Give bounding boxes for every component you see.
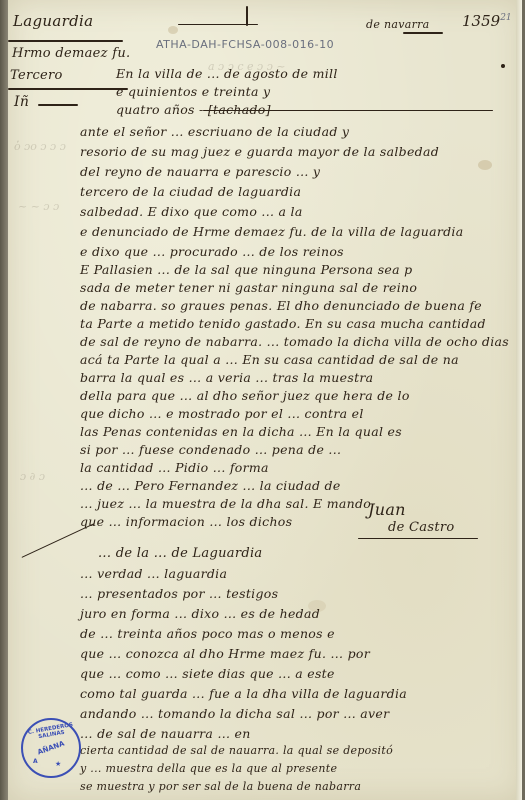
star-icon: ★ [55,760,61,768]
body-line: ta Parte a metido tenido gastado. En su … [80,316,486,331]
body-line: ante el señor ... escriuano de la ciudad… [80,124,349,139]
margin-rule [8,88,128,90]
body-line: las Penas contenidas en la dicha ... En … [80,424,402,439]
margin-rule [8,40,123,42]
margin-place: Laguardia [13,12,93,30]
body-line: barra la qual es ... a veria ... tras la… [80,370,373,385]
body-line: de nabarra. so graues penas. El dho denu… [80,298,482,313]
margin-role: Tercero [10,68,63,83]
stamp-prefix: A [33,758,38,765]
section2-line: juro en forma ... dixo ... es de hedad [80,606,320,621]
body-line: salbedad. E dixo que como ... a la [80,204,303,219]
section2-line: ... verdad ... laguardia [80,566,227,581]
section2-line: de ... treinta años poco mas o menos e [80,626,335,641]
margin-rule [38,104,78,106]
body-line: acá ta Parte la qual a ... En su casa ca… [80,352,459,367]
body-line: En la villa de ... de agosto de mill [116,66,338,81]
body-line: ... juez ... la muestra de la dha sal. E… [80,496,371,511]
section2-line: andando ... tomando la dicha sal ... por… [80,706,389,721]
section2-line: ... de sal de nauarra ... en [80,726,251,741]
body-line: del reyno de nauarra e parescio ... y [80,164,320,179]
signature-name: Juan [368,500,406,519]
body-line: que ... informacion ... los dichos [80,514,292,529]
body-line: que dicho ... e mostrado por el ... cont… [80,406,364,421]
section2-line: cierta cantidad de sal de nauarra. la qu… [80,744,393,757]
bleed-through-text: ~ ~ ɔ ɔ [18,200,59,213]
body-line: la cantidad ... Pidio ... forma [80,460,269,475]
manuscript-page: ὁ ɔo ɔ ɔ ɔ ~ ~ ɔ ɔ ɔ ∂ ɔ a ɔ ɔ c e ɔ ɔ ~… [8,0,522,800]
archive-code: ATHA-DAH-FCHSA-008-016-10 [156,38,334,51]
body-line: resorio de su mag juez e guarda mayor de… [80,144,439,159]
paper-stain [168,26,178,34]
section2-line: que ... conozca al dho Hrme maez fu. ...… [80,646,370,661]
page-right-edge [516,0,522,800]
body-line: si por ... fuese condenado ... pena de .… [80,442,341,457]
body-line: della para que ... al dho señor juez que… [80,388,410,403]
body-line: E Pallasien ... de la sal que ninguna Pe… [80,262,412,277]
header-underline [403,32,443,34]
margin-abbrev: Iñ [14,94,29,110]
bleed-through-text: ὁ ɔo ɔ ɔ ɔ [14,140,66,153]
pen-flourish [22,523,95,558]
strikethrough-rule [203,110,493,111]
place-header: de navarra [366,18,430,31]
section2-line: que ... como ... siete dias que ... a es… [80,666,335,681]
body-line: ... de ... Pero Fernandez ... la ciudad … [80,478,341,493]
section2-line: ... de la ... de Laguardia [98,546,262,561]
paper-stain [478,160,492,170]
section2-line: se muestra y por ser sal de la buena de … [80,780,361,793]
bleed-through-text: ɔ ∂ ɔ [20,470,45,483]
section2-line: y ... muestra della que es la que al pre… [80,762,337,775]
page-left-shadow [0,0,8,800]
body-line: de sal de reyno de nabarra. ... tomado l… [80,334,509,349]
ink-dot [501,64,505,68]
archive-stamp: C. HEREDEROS SALINAS AÑANA A ★ [21,718,81,778]
top-tick [246,6,248,26]
signature-flourish [358,538,478,539]
body-line: tercero de la ciudad de laguardia [80,184,301,199]
section2-line: como tal guarda ... fue a la dha villa d… [80,686,407,701]
body-line: e dixo que ... procurado ... de los rein… [80,244,344,259]
body-line: e quinientos e treinta y [116,84,270,99]
margin-name: Hrmo demaez fu. [12,46,130,61]
body-line: sada de meter tener ni gastar ninguna sa… [80,280,417,295]
signature-surname: de Castro [388,520,454,535]
body-line: e denunciado de Hrme demaez fu. de la vi… [80,224,463,239]
section2-line: ... presentados por ... testigos [80,586,278,601]
folio-number: 135921 [462,12,512,30]
